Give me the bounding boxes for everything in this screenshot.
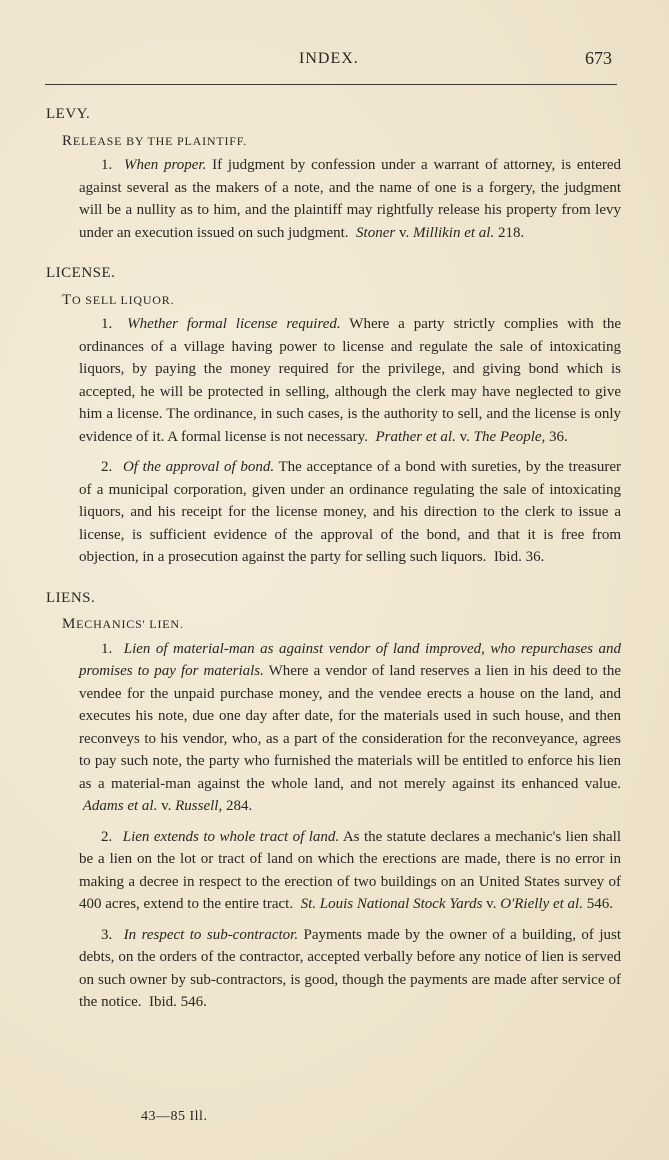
section-levy: LEVY. Release by the plaintiff. 1. When … bbox=[46, 103, 621, 244]
citation-party: Russell, bbox=[175, 798, 222, 814]
book-page: INDEX. 673 LEVY. Release by the plaintif… bbox=[0, 0, 669, 1160]
citation-page: Ibid. 546. bbox=[149, 994, 207, 1010]
citation-party: St. Louis National Stock Yards bbox=[301, 896, 483, 912]
citation-versus: v. bbox=[482, 896, 500, 912]
index-paragraph: 1. When proper. If judgment by confessio… bbox=[79, 154, 621, 244]
entry-heading: LIENS. bbox=[46, 587, 621, 610]
paragraph-topic: When proper. bbox=[124, 157, 206, 173]
paragraph-topic: In respect to sub-contractor. bbox=[124, 927, 298, 943]
citation-versus: v. bbox=[456, 429, 474, 445]
citation-page: Ibid. 36. bbox=[494, 549, 544, 565]
citation-versus: v. bbox=[395, 225, 413, 241]
index-paragraph: 2. Of the approval of bond. The acceptan… bbox=[79, 456, 621, 569]
printer-signature: 43—85 Ill. bbox=[141, 1109, 207, 1125]
citation-page: 546. bbox=[583, 896, 613, 912]
entry-heading: LICENSE. bbox=[46, 262, 621, 285]
index-paragraph: 3. In respect to sub-contractor. Payment… bbox=[79, 924, 621, 1014]
paragraph-topic: Of the approval of bond. bbox=[123, 459, 274, 475]
entry-subheading: Mechanics' lien. bbox=[62, 613, 621, 636]
header-rule bbox=[45, 84, 617, 85]
citation-party: The People, bbox=[474, 429, 546, 445]
running-title: INDEX. bbox=[299, 50, 359, 68]
paragraph-number: 2. bbox=[101, 459, 112, 475]
section-liens: LIENS. Mechanics' lien. 1. Lien of mater… bbox=[46, 587, 621, 1014]
paragraph-text: Where a vendor of land reserves a lien i… bbox=[79, 663, 621, 792]
index-paragraph: 1. Whether formal license required. Wher… bbox=[79, 313, 621, 448]
running-head: INDEX. 673 bbox=[0, 50, 669, 74]
citation-page: 36. bbox=[545, 429, 568, 445]
paragraph-number: 1. bbox=[101, 157, 112, 173]
paragraph-topic: Lien extends to whole tract of land. bbox=[123, 829, 339, 845]
index-content: LEVY. Release by the plaintiff. 1. When … bbox=[46, 103, 621, 1032]
index-paragraph: 1. Lien of material-man as against vendo… bbox=[79, 638, 621, 818]
paragraph-number: 1. bbox=[101, 316, 112, 332]
index-paragraph: 2. Lien extends to whole tract of land. … bbox=[79, 826, 621, 916]
citation-party: Adams et al. bbox=[83, 798, 158, 814]
citation-party: O'Rielly et al. bbox=[500, 896, 583, 912]
entry-heading: LEVY. bbox=[46, 103, 621, 126]
citation-party: Stoner bbox=[356, 225, 395, 241]
paragraph-number: 1. bbox=[101, 641, 112, 657]
citation-versus: v. bbox=[157, 798, 175, 814]
citation-page: 284. bbox=[222, 798, 252, 814]
citation-party: Prather et al. bbox=[375, 429, 455, 445]
page-number: 673 bbox=[585, 48, 612, 69]
citation-page: 218. bbox=[494, 225, 524, 241]
paragraph-topic: Whether formal license required. bbox=[127, 316, 340, 332]
citation-party: Millikin et al. bbox=[413, 225, 494, 241]
paragraph-text: Where a party strictly complies with the… bbox=[79, 316, 621, 445]
section-license: LICENSE. To sell liquor. 1. Whether form… bbox=[46, 262, 621, 569]
entry-subheading: To sell liquor. bbox=[62, 289, 621, 312]
paragraph-number: 2. bbox=[101, 829, 112, 845]
paragraph-number: 3. bbox=[101, 927, 112, 943]
entry-subheading: Release by the plaintiff. bbox=[62, 130, 621, 153]
